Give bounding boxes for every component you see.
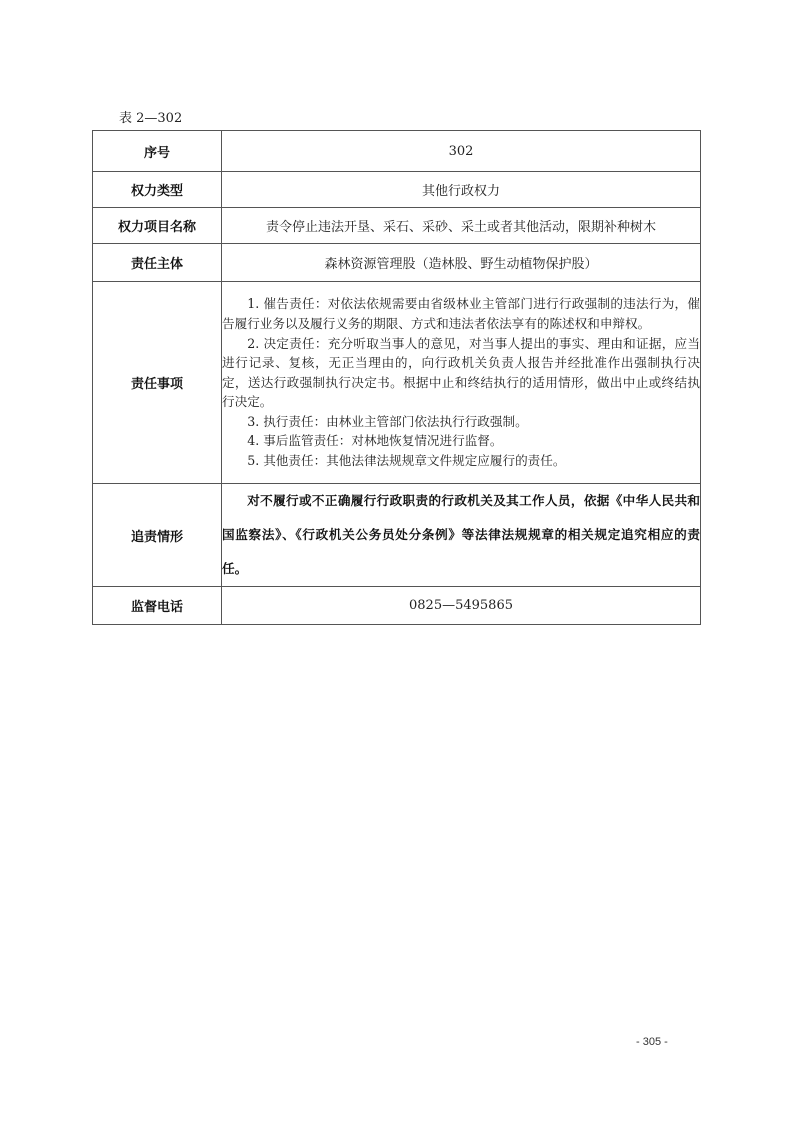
row-value: 责令停止违法开垦、采石、采砂、采土或者其他活动，限期补种树木 xyxy=(222,208,701,244)
responsibility-item: 3. 执行责任：由林业主管部门依法执行行政强制。 xyxy=(222,412,700,432)
row-value: 森林资源管理股（造林股、野生动植物保护股） xyxy=(222,244,701,282)
row-value: 302 xyxy=(222,131,701,172)
responsibilities-list: 1. 催告责任：对依法依规需要由省级林业主管部门进行行政强制的违法行为，催告履行… xyxy=(222,282,701,484)
accountability-text: 对不履行或不正确履行行政职责的行政机关及其工作人员，依据《中华人民共和国监察法》… xyxy=(222,484,701,587)
responsibility-item: 4. 事后监管责任：对林地恢复情况进行监督。 xyxy=(222,431,700,451)
row-label: 责任事项 xyxy=(93,282,222,484)
responsibility-item: 5. 其他责任：其他法律法规规章文件规定应履行的责任。 xyxy=(222,451,700,471)
table-row-responsible-entity: 责任主体 森林资源管理股（造林股、野生动植物保护股） xyxy=(93,244,701,282)
table-row-accountability: 追责情形 对不履行或不正确履行行政职责的行政机关及其工作人员，依据《中华人民共和… xyxy=(93,484,701,587)
row-label: 追责情形 xyxy=(93,484,222,587)
table-row-item-name: 权力项目名称 责令停止违法开垦、采石、采砂、采土或者其他活动，限期补种树木 xyxy=(93,208,701,244)
table-caption: 表 2—302 xyxy=(119,107,182,126)
table-row-power-type: 权力类型 其他行政权力 xyxy=(93,172,701,208)
responsibility-item: 1. 催告责任：对依法依规需要由省级林业主管部门进行行政强制的违法行为，催告履行… xyxy=(222,294,700,333)
table-row-responsibilities: 责任事项 1. 催告责任：对依法依规需要由省级林业主管部门进行行政强制的违法行为… xyxy=(93,282,701,484)
responsibility-table: 序号 302 权力类型 其他行政权力 权力项目名称 责令停止违法开垦、采石、采砂… xyxy=(92,130,701,625)
row-label: 责任主体 xyxy=(93,244,222,282)
table-row-phone: 监督电话 0825—5495865 xyxy=(93,587,701,625)
row-label: 监督电话 xyxy=(93,587,222,625)
phone-number: 0825—5495865 xyxy=(222,587,701,625)
row-label: 权力项目名称 xyxy=(93,208,222,244)
row-value: 其他行政权力 xyxy=(222,172,701,208)
page-number: - 305 - xyxy=(636,1036,668,1048)
responsibility-item: 2. 决定责任：充分听取当事人的意见，对当事人提出的事实、理由和证据，应当进行记… xyxy=(222,334,700,412)
row-label: 权力类型 xyxy=(93,172,222,208)
row-label: 序号 xyxy=(93,131,222,172)
table-row-serial: 序号 302 xyxy=(93,131,701,172)
